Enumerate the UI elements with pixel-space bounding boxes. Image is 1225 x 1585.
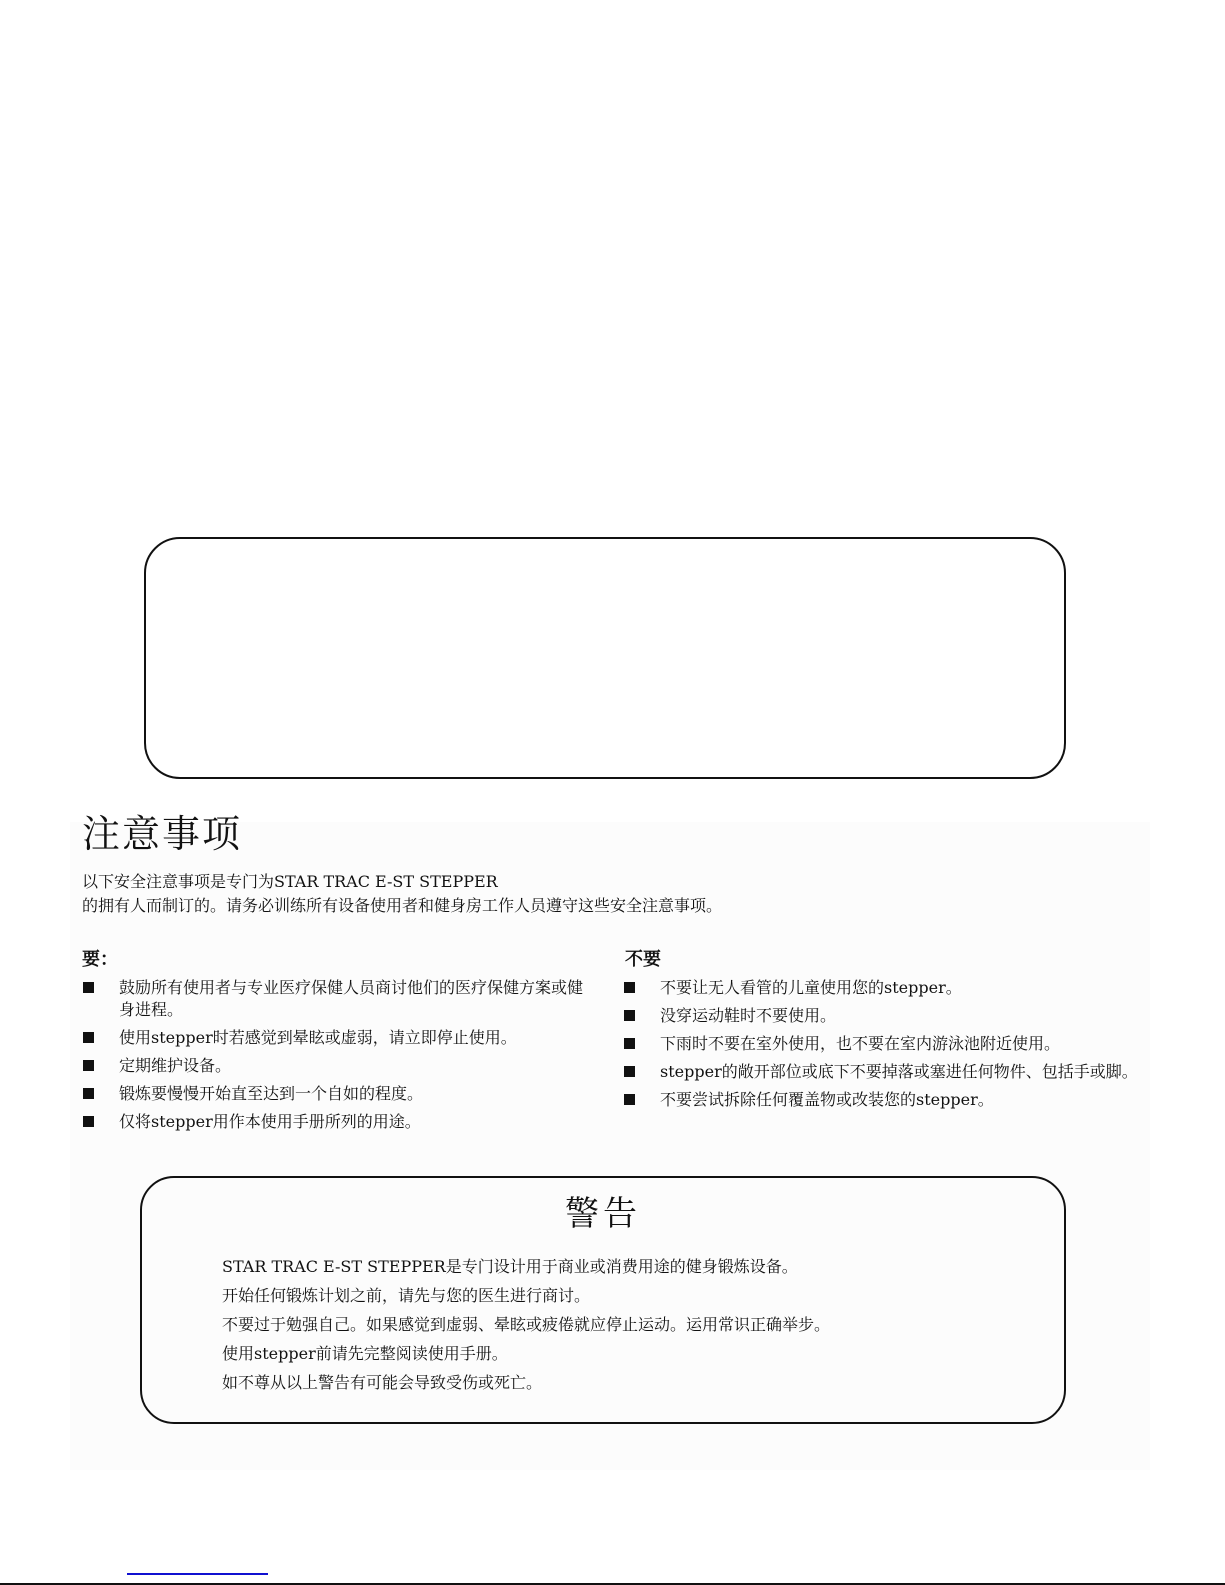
square-bullet-icon: [83, 1116, 94, 1127]
warning-line: 开始任何锻炼计划之前，请先与您的医生进行商讨。: [222, 1281, 830, 1310]
intro-paragraph: 以下安全注意事项是专门为STAR TRAC E-ST STEPPER 的拥有人而…: [82, 870, 722, 918]
do-heading: 要：: [82, 948, 118, 972]
list-item: 不要让无人看管的儿童使用您的stepper。: [624, 977, 1139, 999]
list-item: 没穿运动鞋时不要使用。: [624, 1005, 1139, 1027]
warning-line: STAR TRAC E-ST STEPPER是专门设计用于商业或消费用途的健身锻…: [222, 1252, 830, 1281]
list-item: 不要尝试拆除任何覆盖物或改装您的stepper。: [624, 1089, 1139, 1111]
warning-box: 警告 STAR TRAC E-ST STEPPER是专门设计用于商业或消费用途的…: [140, 1176, 1066, 1424]
square-bullet-icon: [624, 1010, 635, 1021]
intro-line: 以下安全注意事项是专门为STAR TRAC E-ST STEPPER: [82, 870, 722, 894]
list-item: 下雨时不要在室外使用，也不要在室内游泳池附近使用。: [624, 1033, 1139, 1055]
list-item: 定期维护设备。: [83, 1055, 598, 1077]
square-bullet-icon: [624, 1066, 635, 1077]
square-bullet-icon: [83, 1032, 94, 1043]
square-bullet-icon: [83, 982, 94, 993]
square-bullet-icon: [624, 1038, 635, 1049]
list-item: 使用stepper时若感觉到晕眩或虚弱，请立即停止使用。: [83, 1027, 598, 1049]
page-title: 注意事项: [82, 810, 242, 858]
warning-title: 警告: [142, 1194, 1064, 1234]
list-item: 仅将stepper用作本使用手册所列的用途。: [83, 1111, 598, 1133]
square-bullet-icon: [624, 1094, 635, 1105]
dont-heading: 不要: [625, 948, 661, 972]
footnote-link-underline[interactable]: [127, 1573, 268, 1575]
empty-rounded-box: [144, 537, 1066, 779]
intro-line: 的拥有人而制订的。请务必训练所有设备使用者和健身房工作人员遵守这些安全注意事项。: [82, 894, 722, 918]
warning-line: 如不尊从以上警告有可能会导致受伤或死亡。: [222, 1368, 830, 1397]
list-item: 锻炼要慢慢开始直至达到一个自如的程度。: [83, 1083, 598, 1105]
warning-line: 不要过于勉强自己。如果感觉到虚弱、晕眩或疲倦就应停止运动。运用常识正确举步。: [222, 1310, 830, 1339]
do-list: 鼓励所有使用者与专业医疗保健人员商讨他们的医疗保健方案或健身进程。 使用step…: [83, 977, 598, 1139]
list-item: 鼓励所有使用者与专业医疗保健人员商讨他们的医疗保健方案或健身进程。: [83, 977, 598, 1021]
warning-lines: STAR TRAC E-ST STEPPER是专门设计用于商业或消费用途的健身锻…: [222, 1252, 830, 1397]
list-item: stepper的敞开部位或底下不要掉落或塞进任何物件、包括手或脚。: [624, 1061, 1139, 1083]
square-bullet-icon: [83, 1088, 94, 1099]
square-bullet-icon: [83, 1060, 94, 1071]
dont-list: 不要让无人看管的儿童使用您的stepper。 没穿运动鞋时不要使用。 下雨时不要…: [624, 977, 1139, 1117]
warning-line: 使用stepper前请先完整阅读使用手册。: [222, 1339, 830, 1368]
square-bullet-icon: [624, 982, 635, 993]
